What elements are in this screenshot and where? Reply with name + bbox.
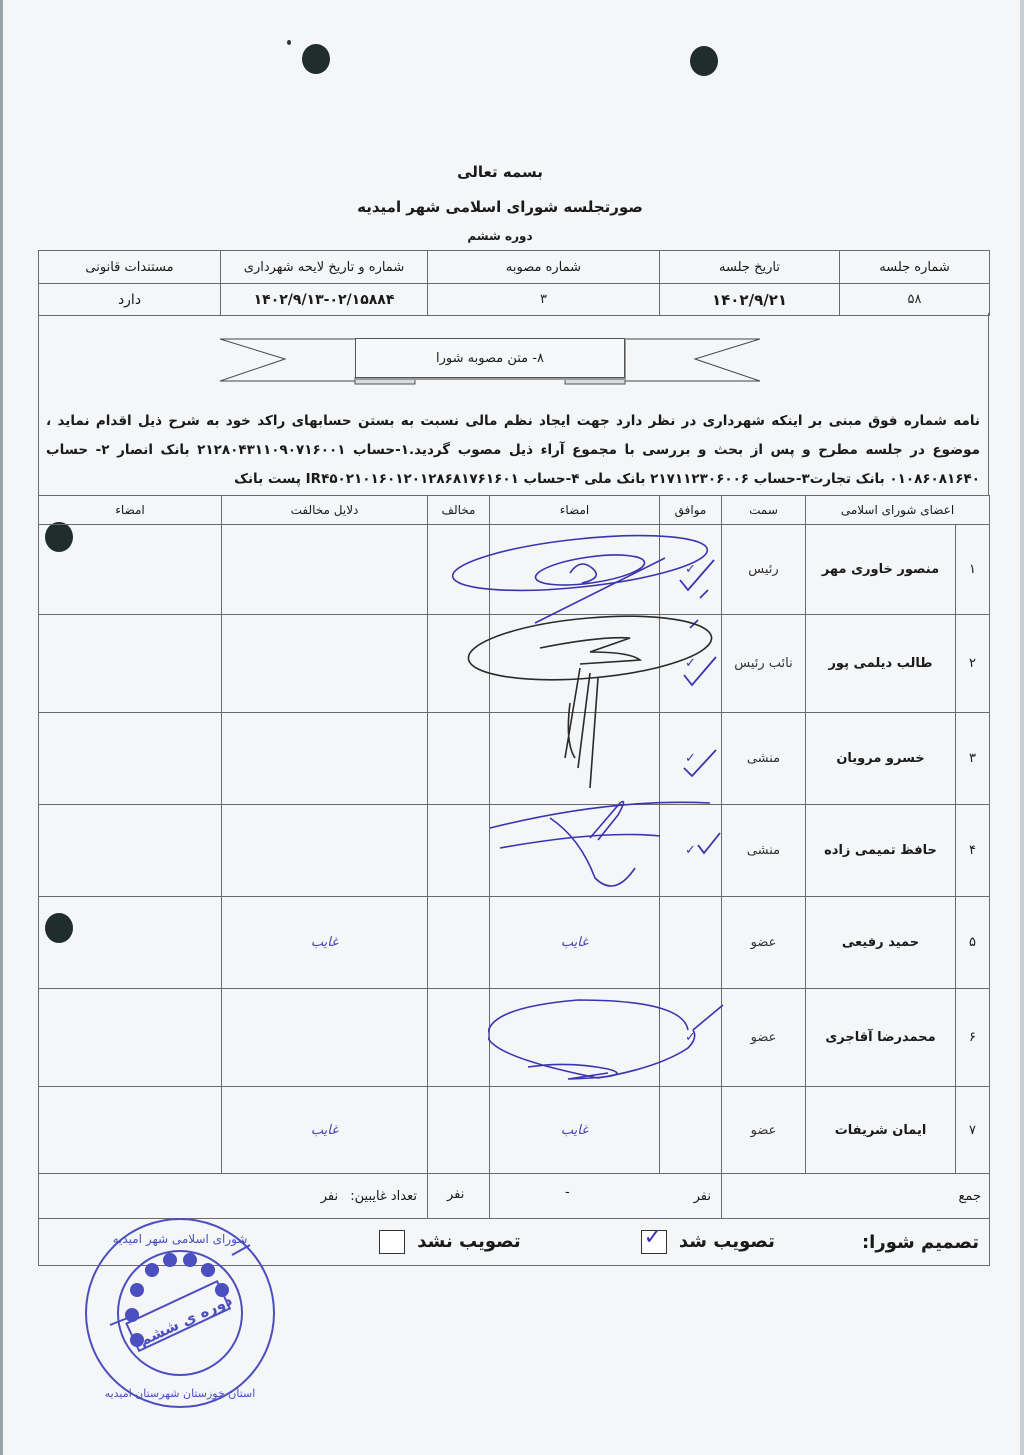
svg-text:شورای اسلامی شهر امیدیه: شورای اسلامی شهر امیدیه — [113, 1232, 248, 1247]
reasons-cell — [222, 989, 428, 1087]
col-position: سمت — [722, 496, 806, 525]
signature-2-cell — [39, 897, 222, 989]
signature-2-cell — [39, 713, 222, 805]
section-banner-label: ۸- متن مصوبه شورا — [355, 338, 625, 378]
member-position: رئیس — [722, 525, 806, 615]
resolution-number: ۳ — [428, 284, 660, 316]
row-number: ۷ — [956, 1087, 990, 1174]
table-row: ۳ خسرو مرویان منشی ✓ — [39, 713, 990, 805]
rejected-checkbox[interactable] — [379, 1230, 405, 1254]
approved-label: تصویب شد — [679, 1231, 775, 1252]
signature-2-cell — [39, 989, 222, 1087]
member-name: طالب دیلمی پور — [806, 615, 956, 713]
row-number: ۲ — [956, 615, 990, 713]
col-signature-2: امضاء — [39, 496, 222, 525]
member-name: حمید رفیعی — [806, 897, 956, 989]
member-position: عضو — [722, 1087, 806, 1174]
col-reasons: دلایل مخالفت — [222, 496, 428, 525]
oppose-cell — [428, 897, 490, 989]
signature-total-dash: - — [565, 1185, 570, 1200]
member-name: خسرو مرویان — [806, 713, 956, 805]
session-number: ۵۸ — [840, 284, 990, 316]
document-heading: بسمه تعالی — [300, 163, 700, 181]
totals-row: جمع نفر تعداد غایبین: نفر — [39, 1174, 990, 1219]
member-name: منصور خاوری مهر — [806, 525, 956, 615]
oppose-cell — [428, 525, 490, 615]
agree-total: نفر — [490, 1174, 722, 1219]
header-table: شماره جلسه تاریخ جلسه شماره مصوبه شماره … — [38, 250, 990, 316]
col-agree: موافق — [660, 496, 722, 525]
reasons-cell-absent: غایب — [222, 1087, 428, 1174]
oppose-cell — [428, 989, 490, 1087]
oppose-cell — [428, 615, 490, 713]
agree-check: ✓ — [660, 805, 722, 897]
check-icon: ✓ — [644, 1225, 662, 1250]
absent-total: تعداد غایبین: نفر — [39, 1174, 428, 1219]
header-cell: شماره مصوبه — [428, 251, 660, 284]
signature-cell — [490, 713, 660, 805]
session-date: ۱۴۰۲/۹/۲۱ — [660, 284, 840, 316]
vote-table: اعضای شورای اسلامی سمت موافق امضاء مخالف… — [38, 495, 990, 1266]
svg-text:استان خوزستان شهرستان امیدیه: استان خوزستان شهرستان امیدیه — [105, 1387, 256, 1400]
rejected-option[interactable]: تصویب نشد — [379, 1230, 521, 1254]
table-row: ۱ منصور خاوری مهر رئیس ✓ — [39, 525, 990, 615]
member-position: منشی — [722, 713, 806, 805]
signature-cell-absent: غایب — [490, 1087, 660, 1174]
table-row: ۲ طالب دیلمی پور نائب رئیس ✓ — [39, 615, 990, 713]
signature-2-cell — [39, 1087, 222, 1174]
table-row: ۶ محمدرضا آقاجری عضو ✓ — [39, 989, 990, 1087]
resolution-text: نامه شماره فوق مبنی بر اینکه شهرداری در … — [46, 407, 980, 494]
member-position: عضو — [722, 989, 806, 1087]
punch-hole — [690, 46, 718, 76]
row-number: ۶ — [956, 989, 990, 1087]
member-name: حافظ تمیمی زاده — [806, 805, 956, 897]
reasons-cell — [222, 525, 428, 615]
scan-speck — [287, 40, 291, 45]
header-cell: شماره جلسه — [840, 251, 990, 284]
reasons-cell — [222, 713, 428, 805]
signature-cell — [490, 805, 660, 897]
document-term: دوره ششم — [300, 229, 700, 243]
agree-check: ✓ — [660, 989, 722, 1087]
table-row: ۴ حافظ تمیمی زاده منشی ✓ — [39, 805, 990, 897]
member-position: عضو — [722, 897, 806, 989]
absent-unit: نفر — [321, 1189, 338, 1204]
header-cell: شماره و تاریخ لایحه شهرداری — [221, 251, 428, 284]
member-position: منشی — [722, 805, 806, 897]
punch-hole — [302, 44, 330, 74]
signature-2-cell — [39, 525, 222, 615]
member-position: نائب رئیس — [722, 615, 806, 713]
row-number: ۱ — [956, 525, 990, 615]
agree-check: ✓ — [660, 713, 722, 805]
member-name: ایمان شریفات — [806, 1087, 956, 1174]
signature-2-cell — [39, 805, 222, 897]
signature-cell — [490, 989, 660, 1087]
council-stamp-icon: شورای اسلامی شهر امیدیه استان خوزستان شه… — [82, 1215, 278, 1411]
oppose-cell — [428, 713, 490, 805]
signature-cell — [490, 615, 660, 713]
row-number: ۴ — [956, 805, 990, 897]
document-title: صورتجلسه شورای اسلامی شهر امیدیه — [300, 198, 700, 216]
decision-label: تصمیم شورا: — [862, 1232, 979, 1253]
absent-label: تعداد غایبین: — [350, 1189, 417, 1204]
bill-number-date: ۱۴۰۲/۹/۱۳-۰۲/۱۵۸۸۴ — [221, 284, 428, 316]
oppose-cell — [428, 805, 490, 897]
approved-checkbox[interactable]: ✓ — [641, 1230, 667, 1254]
col-oppose: مخالف — [428, 496, 490, 525]
agree-check: ✓ — [660, 525, 722, 615]
legal-basis: دارد — [39, 284, 221, 316]
col-signature: امضاء — [490, 496, 660, 525]
col-members: اعضای شورای اسلامی — [806, 496, 990, 525]
totals-label: جمع — [722, 1174, 990, 1219]
svg-text:دوره ی ششم: دوره ی ششم — [136, 1291, 235, 1350]
agree-check — [660, 897, 722, 989]
table-row: ۵ حمید رفیعی عضو غایب غایب — [39, 897, 990, 989]
approved-option[interactable]: تصویب شد ✓ — [641, 1230, 775, 1254]
reasons-cell — [222, 805, 428, 897]
agree-check — [660, 1087, 722, 1174]
table-row: ۷ ایمان شریفات عضو غایب غایب — [39, 1087, 990, 1174]
row-number: ۵ — [956, 897, 990, 989]
row-number: ۳ — [956, 713, 990, 805]
signature-cell — [490, 525, 660, 615]
rejected-label: تصویب نشد — [417, 1231, 520, 1252]
header-cell: تاریخ جلسه — [660, 251, 840, 284]
oppose-cell — [428, 1087, 490, 1174]
page-edge — [1020, 0, 1024, 1455]
signature-cell-absent: غایب — [490, 897, 660, 989]
reasons-cell-absent: غایب — [222, 897, 428, 989]
signature-2-cell — [39, 615, 222, 713]
header-cell: مستندات قانونی — [39, 251, 221, 284]
member-name: محمدرضا آقاجری — [806, 989, 956, 1087]
reasons-cell — [222, 615, 428, 713]
page-edge — [0, 0, 3, 1455]
oppose-total: نفر — [447, 1187, 464, 1202]
agree-check: ✓ — [660, 615, 722, 713]
